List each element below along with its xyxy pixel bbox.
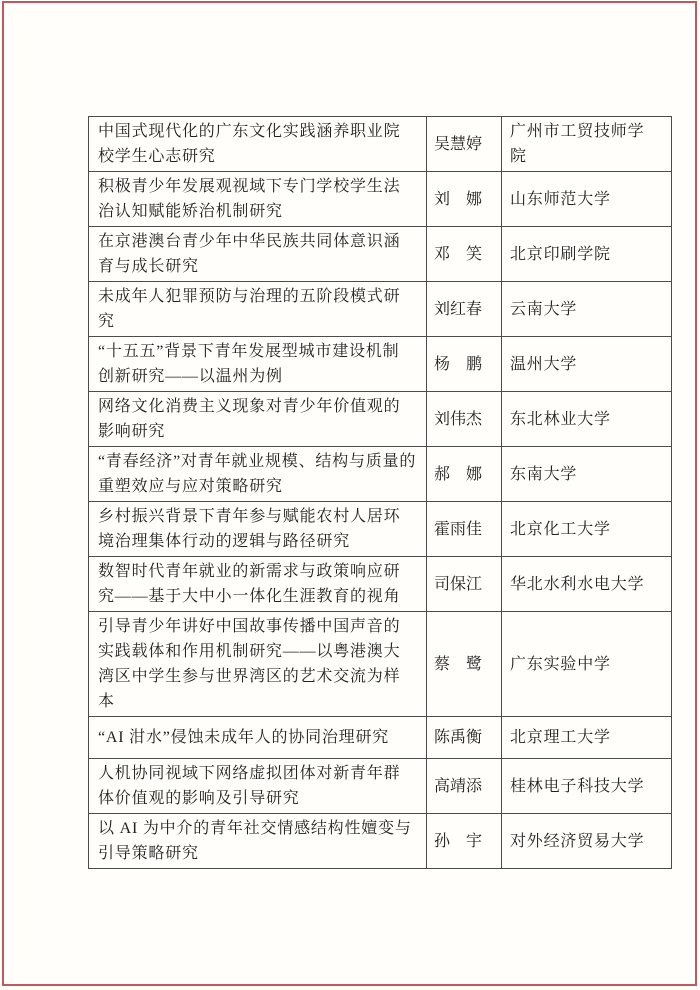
document-page: 中国式现代化的广东文化实践涵养职业院 校学生心志研究 吴慧婷 广州市工贸技师学 … bbox=[0, 0, 700, 990]
institution-cell: 东南大学 bbox=[502, 447, 672, 502]
table-row: 乡村振兴背景下青年参与赋能农村人居环 境治理集体行动的逻辑与路径研究 霍雨佳 北… bbox=[89, 502, 672, 557]
table-row: 积极青少年发展观视域下专门学校学生法 治认知赋能矫治机制研究 刘 娜 山东师范大… bbox=[89, 172, 672, 227]
person-name-cell: 孙 宇 bbox=[427, 814, 502, 869]
table-row: 人机协同视域下网络虚拟团体对新青年群 体价值观的影响及引导研究 高靖添 桂林电子… bbox=[89, 759, 672, 814]
table-row: 数智时代青年就业的新需求与政策响应研 究——基于大中小一体化生涯教育的视角 司保… bbox=[89, 557, 672, 612]
research-topic-cell: “青春经济”对青年就业规模、结构与质量的 重塑效应与应对策略研究 bbox=[89, 447, 427, 502]
table-row: 在京港澳台青少年中华民族共同体意识涵 育与成长研究 邓 笑 北京印刷学院 bbox=[89, 227, 672, 282]
person-name-cell: 刘 娜 bbox=[427, 172, 502, 227]
research-topic-cell: “十五五”背景下青年发展型城市建设机制 创新研究——以温州为例 bbox=[89, 337, 427, 392]
institution-cell: 对外经济贸易大学 bbox=[502, 814, 672, 869]
person-name-cell: 杨 鹏 bbox=[427, 337, 502, 392]
person-name-cell: 吴慧婷 bbox=[427, 117, 502, 172]
person-name-cell: 郝 娜 bbox=[427, 447, 502, 502]
research-table-body: 中国式现代化的广东文化实践涵养职业院 校学生心志研究 吴慧婷 广州市工贸技师学 … bbox=[89, 117, 672, 869]
research-topic-cell: 以 AI 为中介的青年社交情感结构性嬗变与 引导策略研究 bbox=[89, 814, 427, 869]
research-topic-cell: 数智时代青年就业的新需求与政策响应研 究——基于大中小一体化生涯教育的视角 bbox=[89, 557, 427, 612]
research-topic-cell: 网络文化消费主义现象对青少年价值观的 影响研究 bbox=[89, 392, 427, 447]
institution-cell: 温州大学 bbox=[502, 337, 672, 392]
institution-cell: 北京化工大学 bbox=[502, 502, 672, 557]
research-topic-cell: 乡村振兴背景下青年参与赋能农村人居环 境治理集体行动的逻辑与路径研究 bbox=[89, 502, 427, 557]
table-row: 未成年人犯罪预防与治理的五阶段模式研 究 刘红春 云南大学 bbox=[89, 282, 672, 337]
institution-cell: 广州市工贸技师学 院 bbox=[502, 117, 672, 172]
person-name-cell: 刘红春 bbox=[427, 282, 502, 337]
table-row: “AI 泔水”侵蚀未成年人的协同治理研究 陈禹衡 北京理工大学 bbox=[89, 717, 672, 759]
institution-cell: 桂林电子科技大学 bbox=[502, 759, 672, 814]
research-topic-cell: 人机协同视域下网络虚拟团体对新青年群 体价值观的影响及引导研究 bbox=[89, 759, 427, 814]
research-topic-cell: 中国式现代化的广东文化实践涵养职业院 校学生心志研究 bbox=[89, 117, 427, 172]
research-topic-cell: “AI 泔水”侵蚀未成年人的协同治理研究 bbox=[89, 717, 427, 759]
institution-cell: 山东师范大学 bbox=[502, 172, 672, 227]
table-row: 以 AI 为中介的青年社交情感结构性嬗变与 引导策略研究 孙 宇 对外经济贸易大… bbox=[89, 814, 672, 869]
person-name-cell: 刘伟杰 bbox=[427, 392, 502, 447]
institution-cell: 北京印刷学院 bbox=[502, 227, 672, 282]
research-topics-table: 中国式现代化的广东文化实践涵养职业院 校学生心志研究 吴慧婷 广州市工贸技师学 … bbox=[88, 116, 672, 869]
table-row: 中国式现代化的广东文化实践涵养职业院 校学生心志研究 吴慧婷 广州市工贸技师学 … bbox=[89, 117, 672, 172]
research-topic-cell: 未成年人犯罪预防与治理的五阶段模式研 究 bbox=[89, 282, 427, 337]
table-row: “青春经济”对青年就业规模、结构与质量的 重塑效应与应对策略研究 郝 娜 东南大… bbox=[89, 447, 672, 502]
person-name-cell: 蔡 鹭 bbox=[427, 612, 502, 717]
person-name-cell: 陈禹衡 bbox=[427, 717, 502, 759]
person-name-cell: 高靖添 bbox=[427, 759, 502, 814]
institution-cell: 北京理工大学 bbox=[502, 717, 672, 759]
table-row: 网络文化消费主义现象对青少年价值观的 影响研究 刘伟杰 东北林业大学 bbox=[89, 392, 672, 447]
person-name-cell: 司保江 bbox=[427, 557, 502, 612]
institution-cell: 云南大学 bbox=[502, 282, 672, 337]
person-name-cell: 邓 笑 bbox=[427, 227, 502, 282]
research-topic-cell: 在京港澳台青少年中华民族共同体意识涵 育与成长研究 bbox=[89, 227, 427, 282]
table-row: “十五五”背景下青年发展型城市建设机制 创新研究——以温州为例 杨 鹏 温州大学 bbox=[89, 337, 672, 392]
person-name-cell: 霍雨佳 bbox=[427, 502, 502, 557]
research-topic-cell: 积极青少年发展观视域下专门学校学生法 治认知赋能矫治机制研究 bbox=[89, 172, 427, 227]
institution-cell: 东北林业大学 bbox=[502, 392, 672, 447]
institution-cell: 华北水利水电大学 bbox=[502, 557, 672, 612]
table-row: 引导青少年讲好中国故事传播中国声音的 实践载体和作用机制研究——以粤港澳大 湾区… bbox=[89, 612, 672, 717]
institution-cell: 广东实验中学 bbox=[502, 612, 672, 717]
research-topic-cell: 引导青少年讲好中国故事传播中国声音的 实践载体和作用机制研究——以粤港澳大 湾区… bbox=[89, 612, 427, 717]
